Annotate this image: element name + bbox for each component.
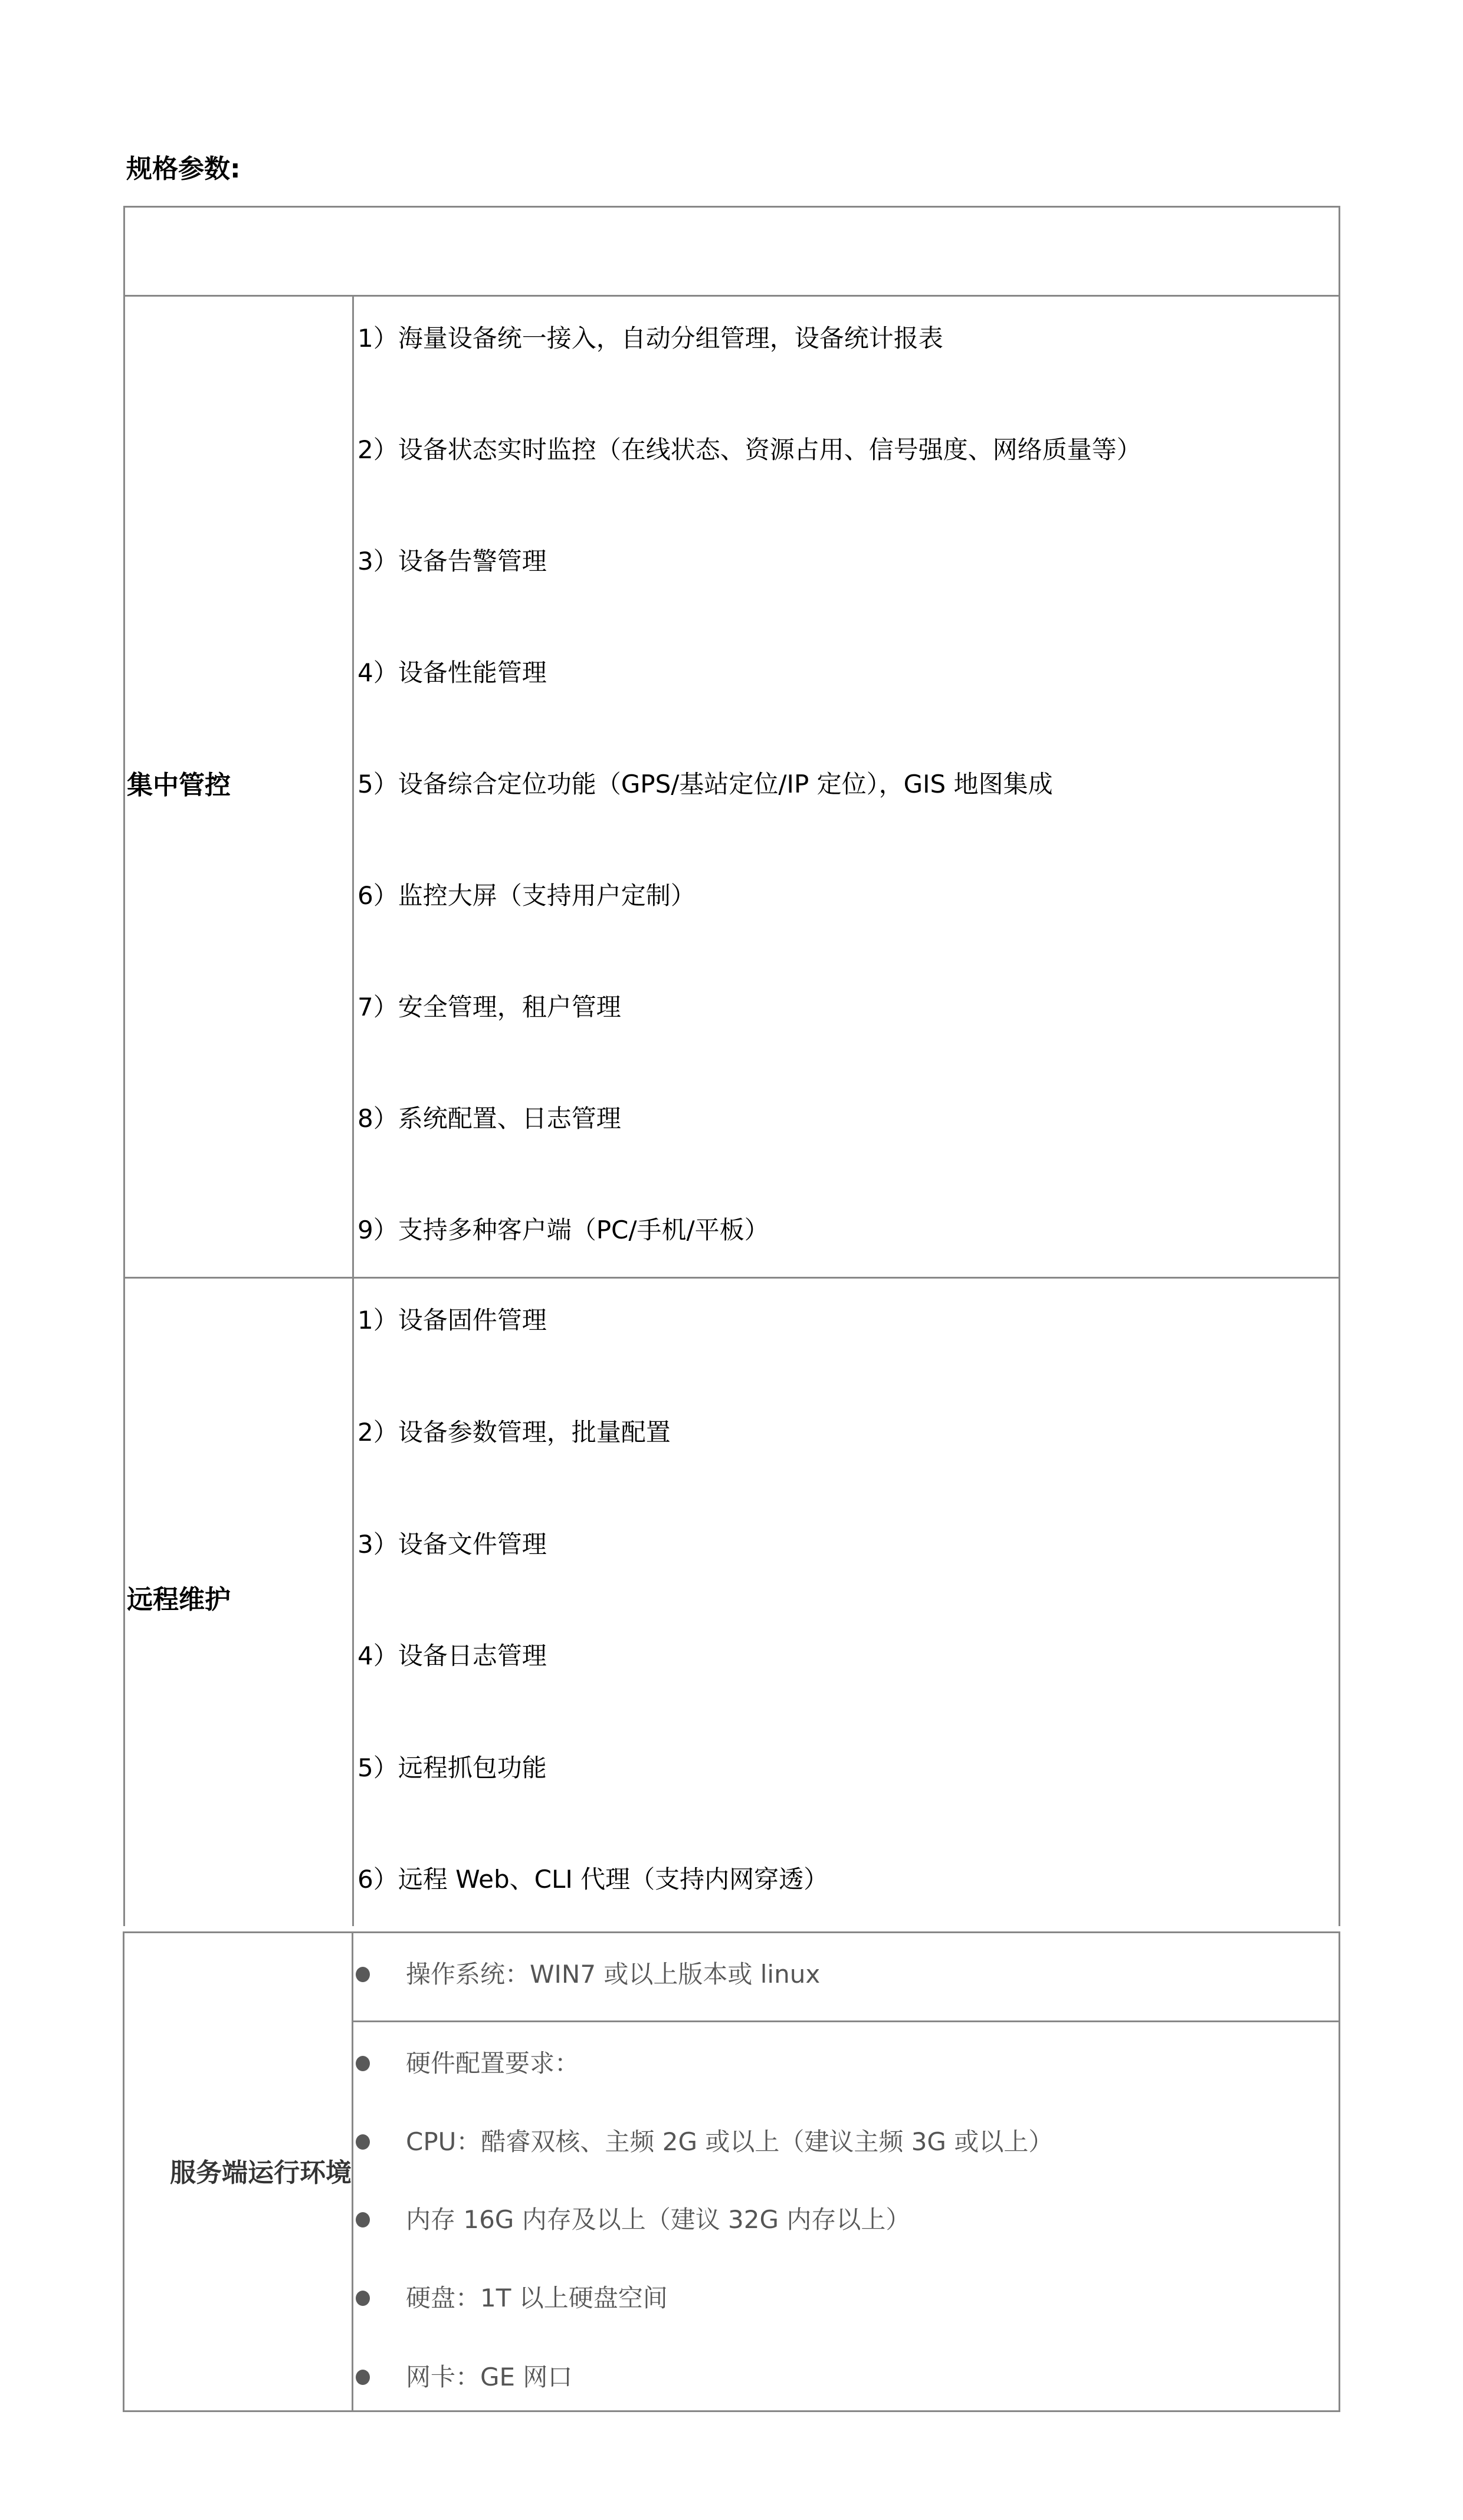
section-label-server-environment: 服务端运行环境 (170, 2158, 352, 2188)
list-item: 9）支持多种客户端（PC/手机/平板） (357, 1215, 769, 1245)
column-divider (352, 295, 354, 1926)
env-memory-text: 内存 16G 内存及以上（建议 32G 内存以上） (406, 2205, 910, 2235)
env-hardware-heading: 硬件配置要求： (406, 2049, 579, 2078)
list-item: 1）设备固件管理 (357, 1306, 547, 1335)
bullet-icon (356, 2291, 370, 2306)
page-heading: 规格参数: (126, 155, 241, 184)
list-item: 2）设备状态实时监控（在线状态、资源占用、信号强度、网络质量等） (357, 435, 1141, 465)
list-item: 6）远程 Web、CLI 代理（支持内网穿透） (357, 1865, 828, 1894)
list-item: 5）设备综合定位功能（GPS/基站定位/IP 定位），GIS 地图集成 (357, 770, 1053, 799)
env-column-divider (352, 1931, 353, 2412)
bullet-icon (356, 1967, 370, 1982)
list-item: 5）远程抓包功能 (357, 1753, 547, 1783)
list-item: 3）设备文件管理 (357, 1530, 547, 1559)
list-item: 4）设备日志管理 (357, 1641, 547, 1671)
header-row-divider (123, 295, 1340, 297)
section-label-remote-maintenance: 远程维护 (127, 1585, 231, 1615)
list-item: 7）安全管理，租户管理 (357, 993, 621, 1022)
env-cpu-text: CPU：酷睿双核、主频 2G 或以上（建议主频 3G 或以上） (406, 2127, 1053, 2157)
bullet-icon (356, 2370, 370, 2385)
list-item: 1）海量设备统一接入，自动分组管理，设备统计报表 (357, 324, 943, 353)
env-os-text: 操作系统：WIN7 或以上版本或 linux (406, 1960, 820, 1989)
env-nic-text: 网卡：GE 网口 (406, 2363, 572, 2392)
bullet-icon (356, 2134, 370, 2150)
list-item: 4）设备性能管理 (357, 658, 547, 688)
bullet-icon (356, 2212, 370, 2227)
list-item: 6）监控大屏（支持用户定制） (357, 881, 696, 911)
list-item: 3）设备告警管理 (357, 547, 547, 576)
list-item: 8）系统配置、日志管理 (357, 1104, 621, 1133)
bullet-icon (356, 2056, 370, 2071)
list-item: 2）设备参数管理，批量配置 (357, 1418, 671, 1447)
section-divider (123, 1277, 1340, 1279)
env-row-divider (352, 2020, 1340, 2022)
env-disk-text: 硬盘：1T 以上硬盘空间 (406, 2284, 668, 2313)
section-label-central-control: 集中管控 (127, 771, 231, 800)
